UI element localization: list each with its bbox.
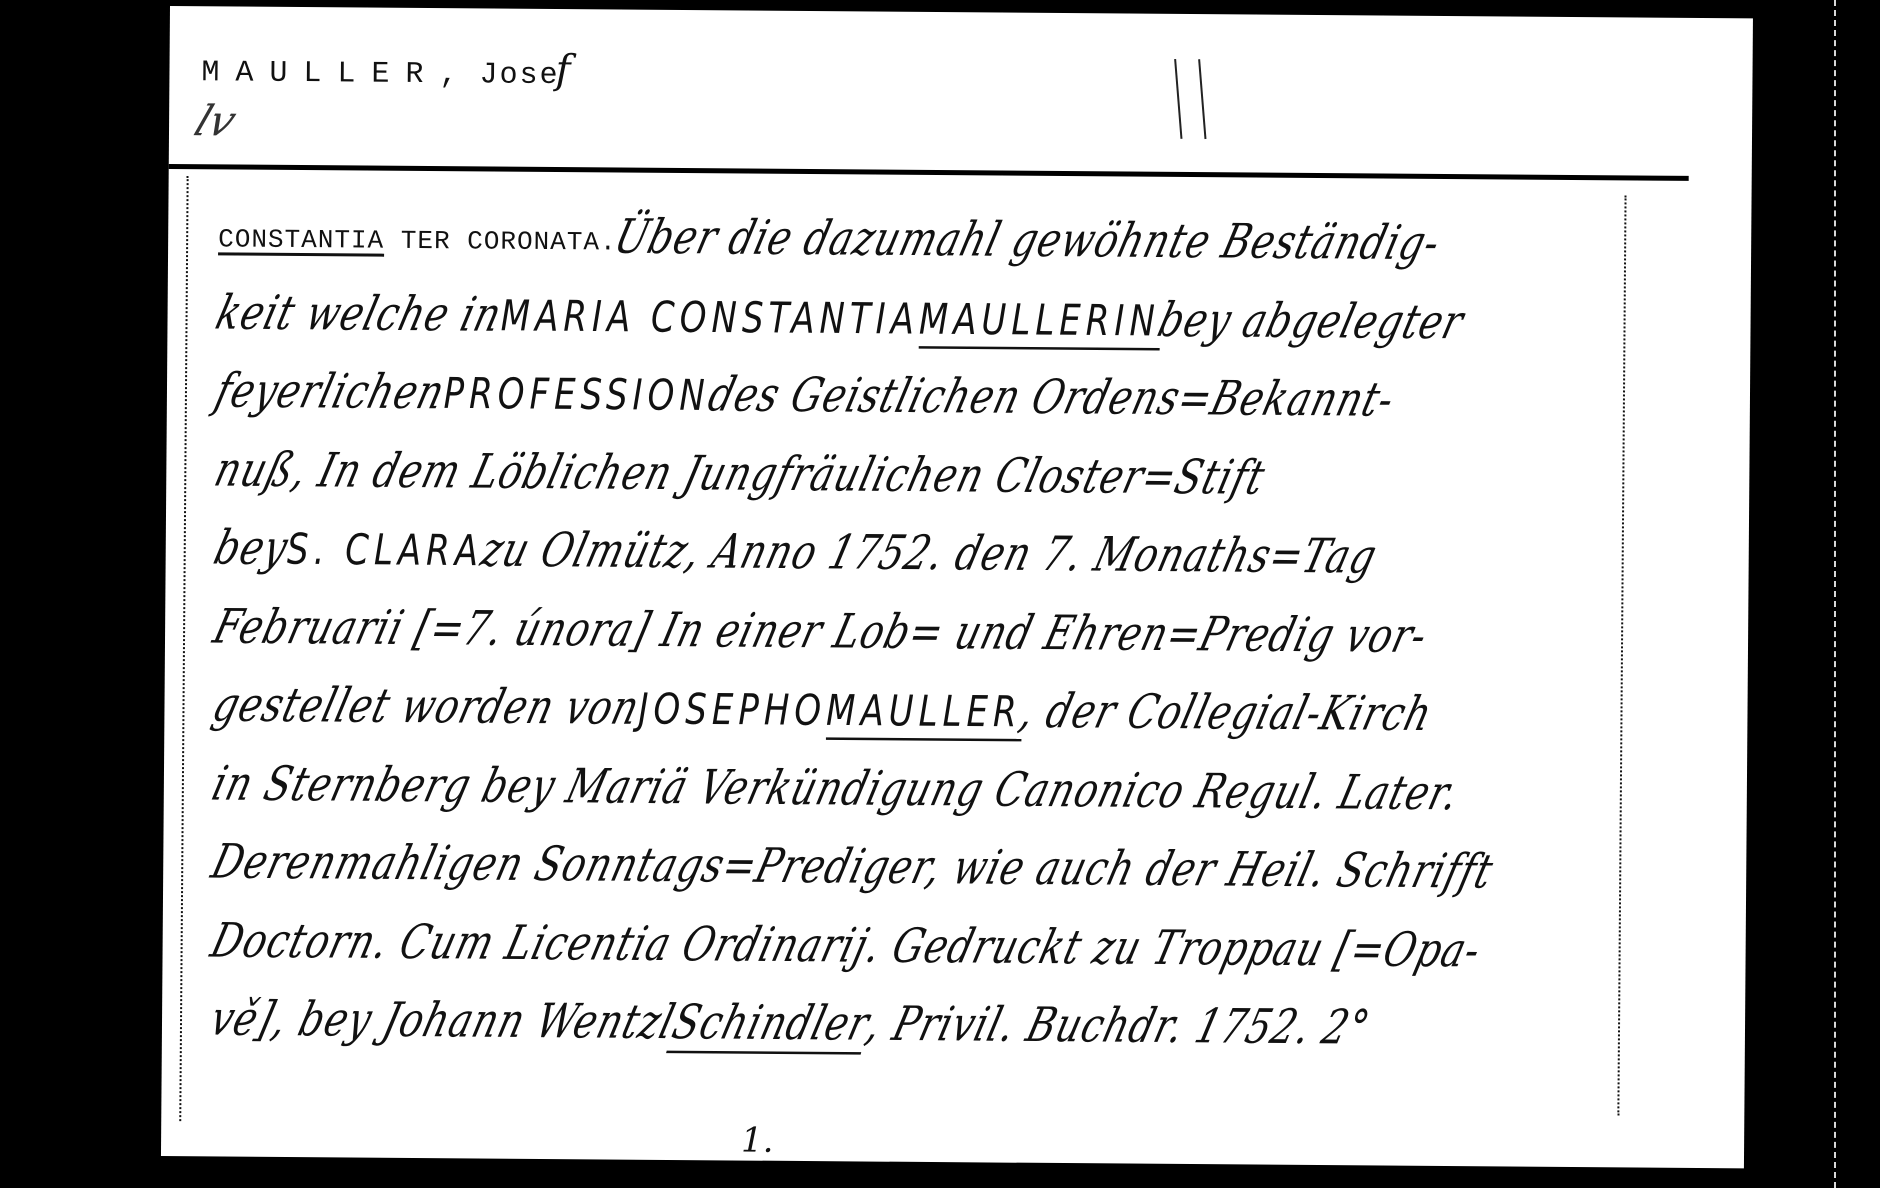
right-margin-guide	[1617, 195, 1626, 1115]
margin-annotation: lv	[188, 96, 243, 145]
text-segment: vě], bey Johann Wentzl	[199, 970, 686, 1072]
text-segment: , Privil. Buchdr. 1752. 2°	[856, 975, 1382, 1077]
text-segment: TER CORONATA.	[384, 226, 617, 258]
catalog-card: MAULLER, Josef lv CONSTANTIA TER CORONAT…	[161, 6, 1753, 1168]
text-segment: Schindler	[661, 973, 881, 1072]
text-segment: CONSTANTIA	[218, 224, 384, 255]
name-separator: ,	[439, 58, 459, 92]
left-margin-guide	[179, 176, 188, 1121]
given-name-handwritten-tail: f	[555, 47, 572, 93]
header-divider	[169, 164, 1689, 181]
scanner-edge-line	[1834, 0, 1836, 1188]
surname: MAULLER	[201, 56, 439, 92]
card-heading: MAULLER, Josef	[201, 44, 572, 93]
bibliographic-entry: CONSTANTIA TER CORONATA. Über die dazuma…	[212, 194, 1619, 1068]
pencil-marks	[1177, 59, 1208, 139]
page-number: 1.	[741, 1121, 774, 1161]
given-name: Jose	[479, 58, 559, 93]
